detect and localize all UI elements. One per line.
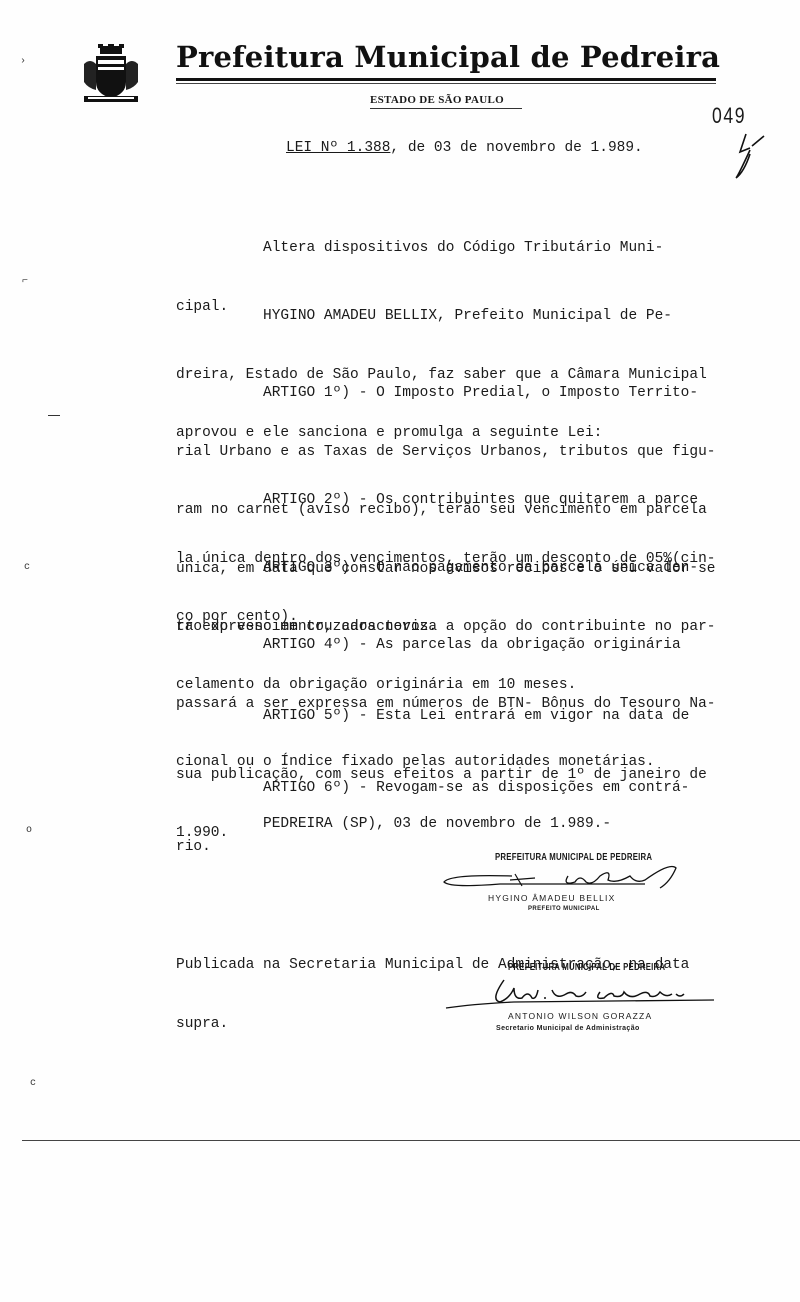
secretary-name: ANTONIO WILSON GORAZZA [508, 1011, 652, 1021]
law-date: , de 03 de novembro de 1.989. [390, 140, 642, 156]
place-date: PEDREIRA (SP), 03 de novembro de 1.989.- [176, 815, 611, 835]
margin-mark: o [26, 825, 32, 836]
margin-mark: ⌐ [22, 276, 28, 287]
article-line: ARTIGO 2º) - Os contribuintes que quitar… [176, 491, 716, 511]
handwritten-initial-icon [730, 128, 770, 180]
law-title: LEI Nº 1.388, de 03 de novembro de 1.989… [286, 140, 643, 156]
article-line: ARTIGO 3º) - O não pagamento da parcela … [176, 559, 716, 579]
letterhead-rule-thin [176, 83, 716, 84]
margin-mark: c [24, 562, 30, 573]
article-line: ARTIGO 1º) - O Imposto Predial, o Impost… [176, 384, 716, 404]
letterhead-state: ESTADO DE SÃO PAULO [370, 94, 504, 106]
summary-line: Altera dispositivos do Código Tributário… [176, 239, 663, 259]
margin-mark: c [30, 1078, 36, 1089]
letterhead-title: Prefeitura Municipal de Pedreira [176, 40, 720, 74]
mayor-name: HYGINO ÂMADEU BELLIX [488, 893, 615, 903]
article-line: ARTIGO 5º) - Esta Lei entrará em vigor n… [176, 707, 707, 727]
article-line: ARTIGO 4º) - As parcelas da obrigação or… [176, 636, 716, 656]
mayor-signature-icon [440, 862, 690, 894]
secretary-signature-icon [444, 976, 724, 1012]
margin-dash [48, 415, 60, 416]
article-line: ARTIGO 6º) - Revogam-se as disposições e… [176, 779, 689, 799]
preamble-line: HYGINO AMADEU BELLIX, Prefeito Municipal… [176, 307, 707, 327]
secretary-role: Secretario Municipal de Administração [496, 1025, 640, 1032]
state-underline [370, 108, 522, 109]
page-number: 049 [712, 103, 746, 129]
letterhead-rule [176, 78, 716, 81]
margin-mark: › [20, 56, 26, 67]
coat-of-arms-icon [82, 44, 140, 104]
mayor-role: PREFEITO MUNICIPAL [528, 906, 600, 912]
secretary-stamp: PREFEITURA MUNICIPAL DE PEDREIRA [508, 962, 665, 973]
page-bottom-edge [22, 1140, 800, 1141]
law-number: LEI Nº 1.388 [286, 140, 390, 156]
